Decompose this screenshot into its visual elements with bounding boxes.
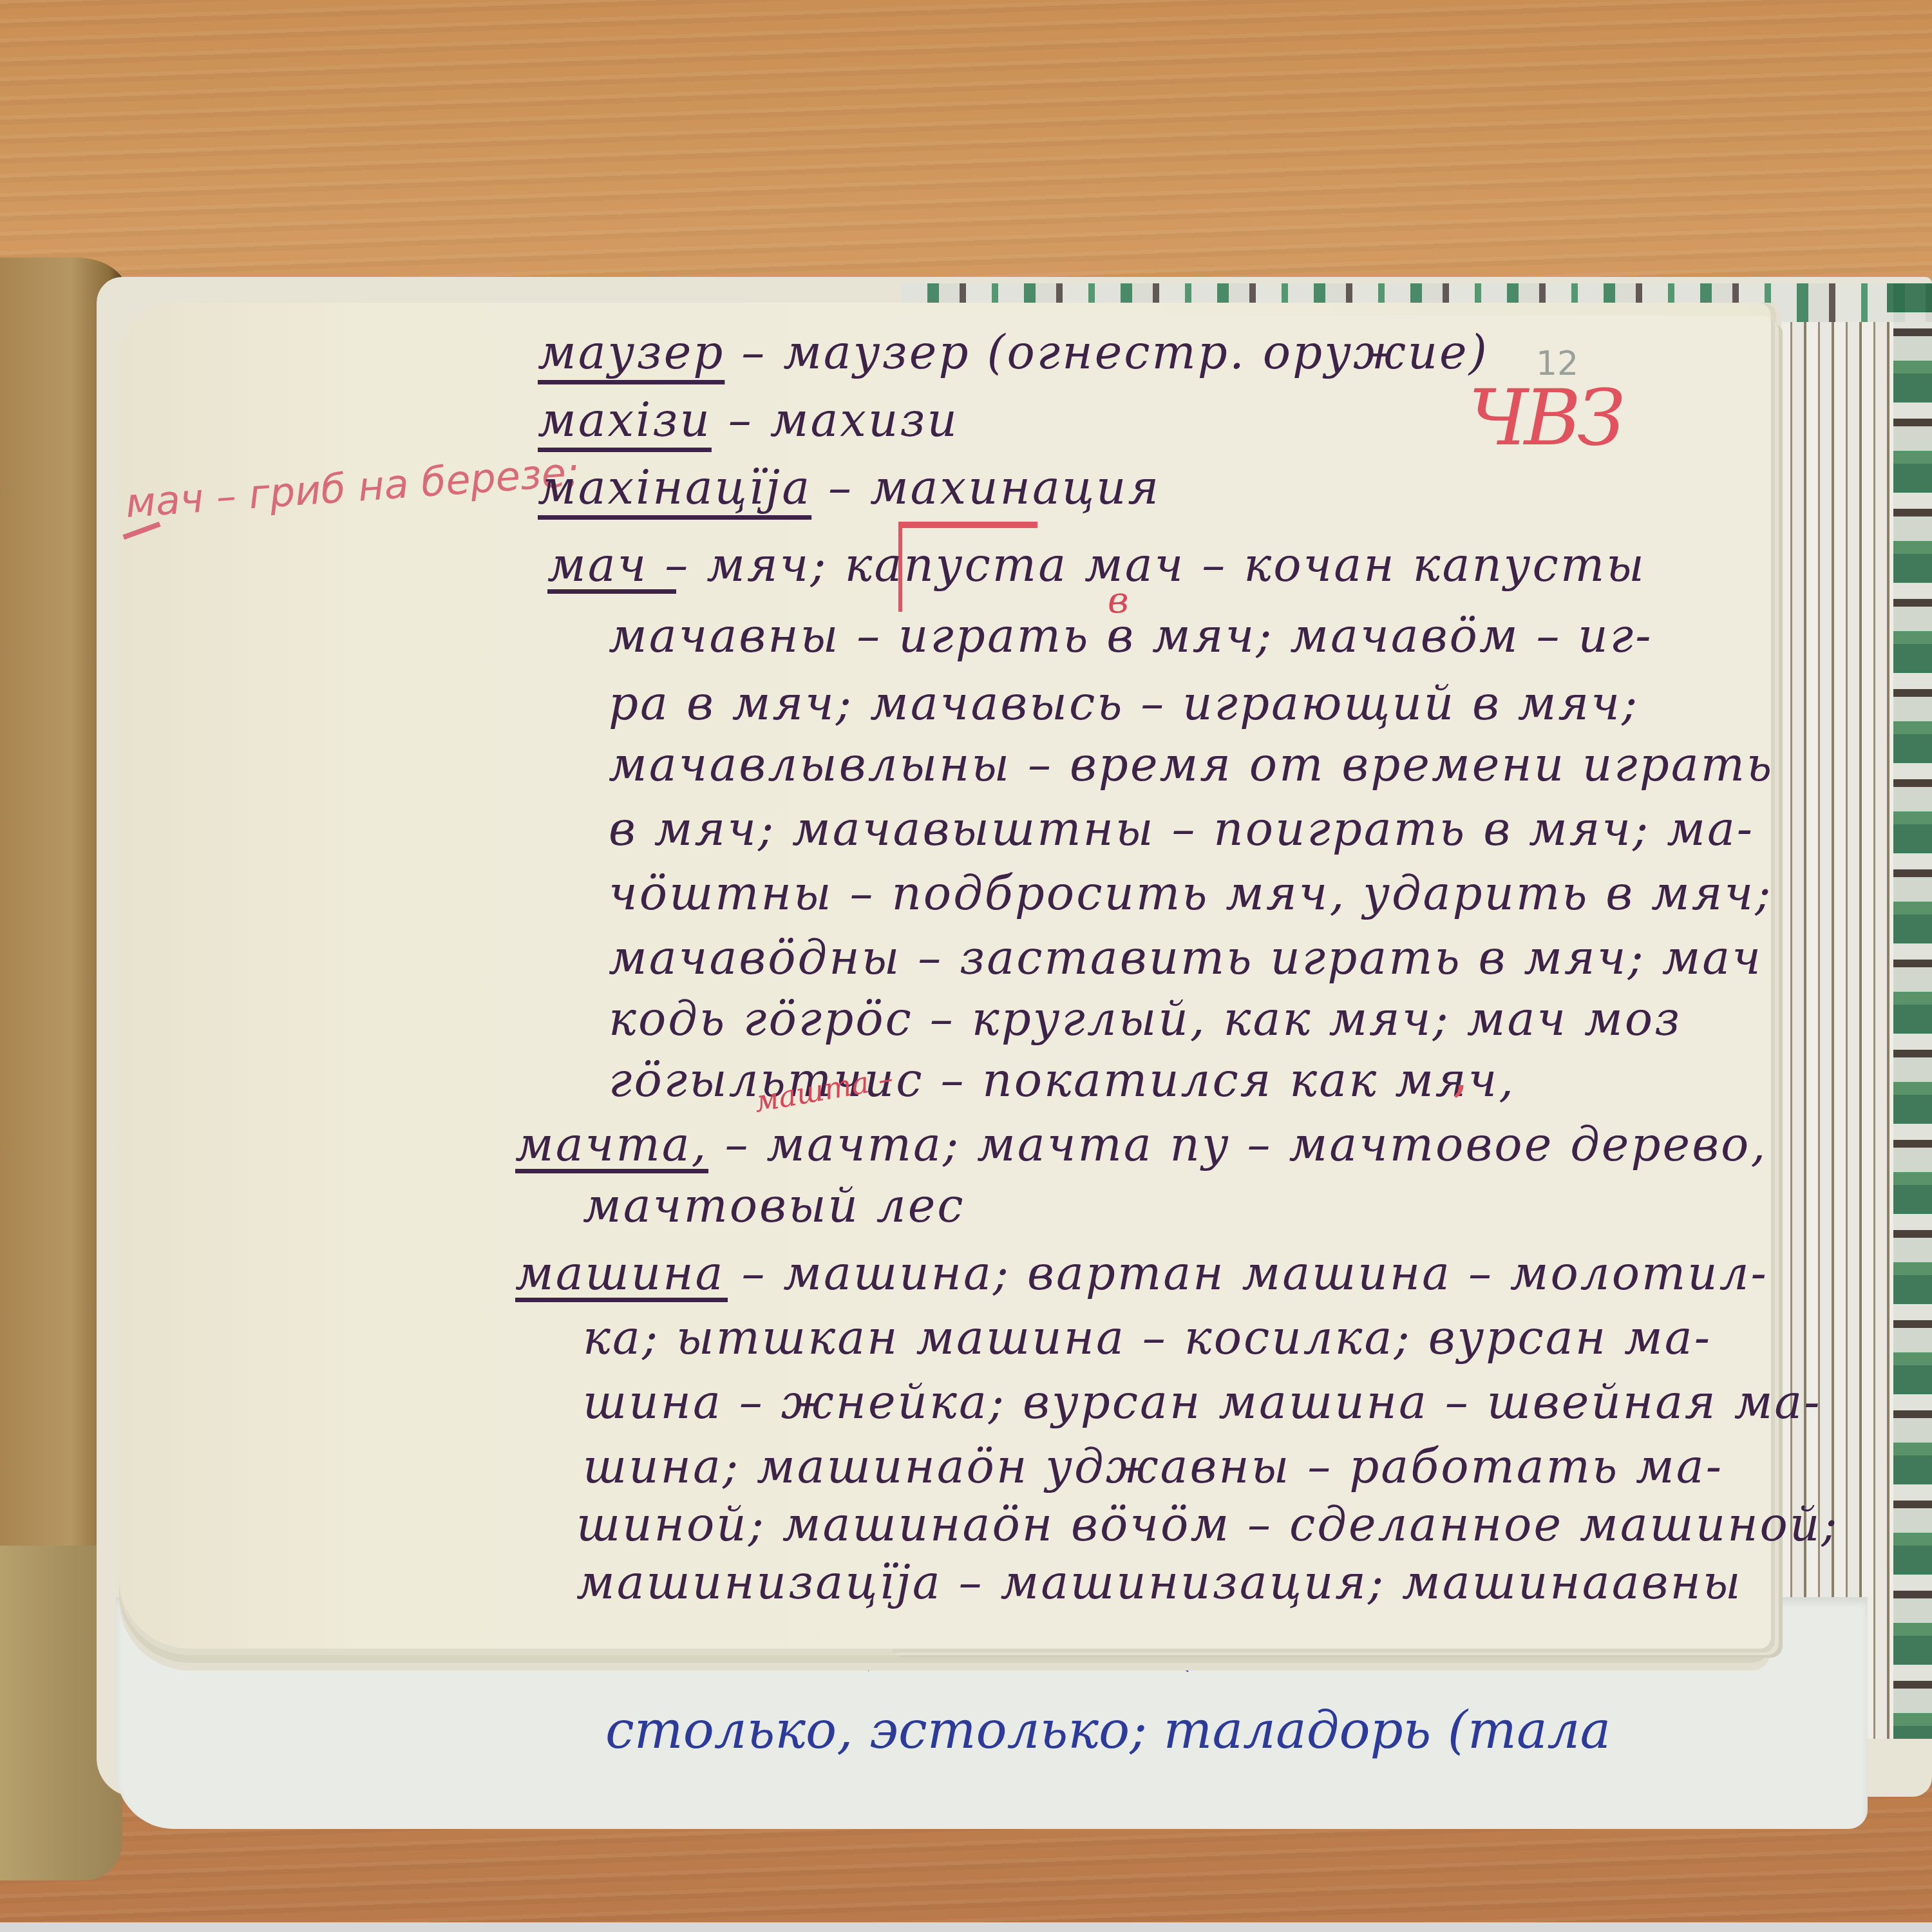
- entry-line: мачтовый лес: [583, 1179, 965, 1233]
- entry-rest: – махизи: [712, 393, 959, 447]
- entry-line: ра в мяч; мачавысь – играющий в мяч;: [609, 676, 1639, 730]
- entry-line: мачавны – играть в мяч; мачавöм – иг-: [609, 609, 1653, 663]
- entry-rest: – маузер (огнестр. оружие): [724, 325, 1488, 379]
- entry-rest: – махинация: [811, 460, 1160, 515]
- entry-line: мачавлывлыны – время от времени играть: [609, 737, 1774, 791]
- headword: махінацїја: [538, 460, 811, 515]
- entry-line: в мяч; мачавыштны – поиграть в мяч; ма-: [609, 802, 1754, 856]
- red-page-mark: ЧВЗ: [1468, 374, 1622, 463]
- headword-underline: [515, 1169, 708, 1173]
- entry-line: шина – жнейка; вурсан машина – швейная м…: [583, 1375, 1822, 1429]
- entry-line: мачта, – мачта; мачта пу – мачтовое дере…: [515, 1117, 1767, 1171]
- entry-line: машинизацїја – машинизация; машинаавны: [576, 1555, 1743, 1609]
- marbled-right-edge: [1887, 283, 1932, 1739]
- entry-line: мачавöдны – заставить играть в мяч; мач: [609, 931, 1763, 985]
- headword: махізи: [538, 393, 712, 447]
- photo-bottom-border: [0, 1922, 1932, 1932]
- headword-underline: [547, 589, 676, 594]
- entry-line: машина – машина; вартан машина – молотил…: [515, 1246, 1768, 1300]
- entry-line: махізи – махизи: [538, 393, 959, 447]
- headword-underline: [515, 1298, 728, 1302]
- entry-line: маузер – маузер (огнестр. оружие): [538, 325, 1489, 379]
- entry-line: кодь гöгрöс – круглый, как мяч; мач моз: [609, 992, 1681, 1046]
- red-comma-mark: ,: [1452, 1043, 1468, 1103]
- red-insert-mark: в: [1108, 580, 1129, 621]
- entry-line: мач – мяч; капуста мач – кочан капусты: [547, 538, 1646, 592]
- lower-page-line-2: столько, эстолько; таладорь (тала: [605, 1700, 1611, 1760]
- entry-line: махінацїја – махинация: [538, 460, 1160, 515]
- entry-line: чöштны – подбросить мяч, ударить в мяч;: [609, 866, 1773, 920]
- entry-line: гöгыльтчис – покатился как мяч,: [609, 1053, 1515, 1107]
- entry-line: шиной; машинаöн вöчöм – сделанное машино…: [576, 1497, 1839, 1551]
- entry-line: ка; ытшкан машина – косилка; вурсан ма-: [583, 1311, 1712, 1365]
- headword: маузер: [538, 325, 724, 379]
- entry-line: шина; машинаöн уджавны – работать ма-: [583, 1439, 1723, 1493]
